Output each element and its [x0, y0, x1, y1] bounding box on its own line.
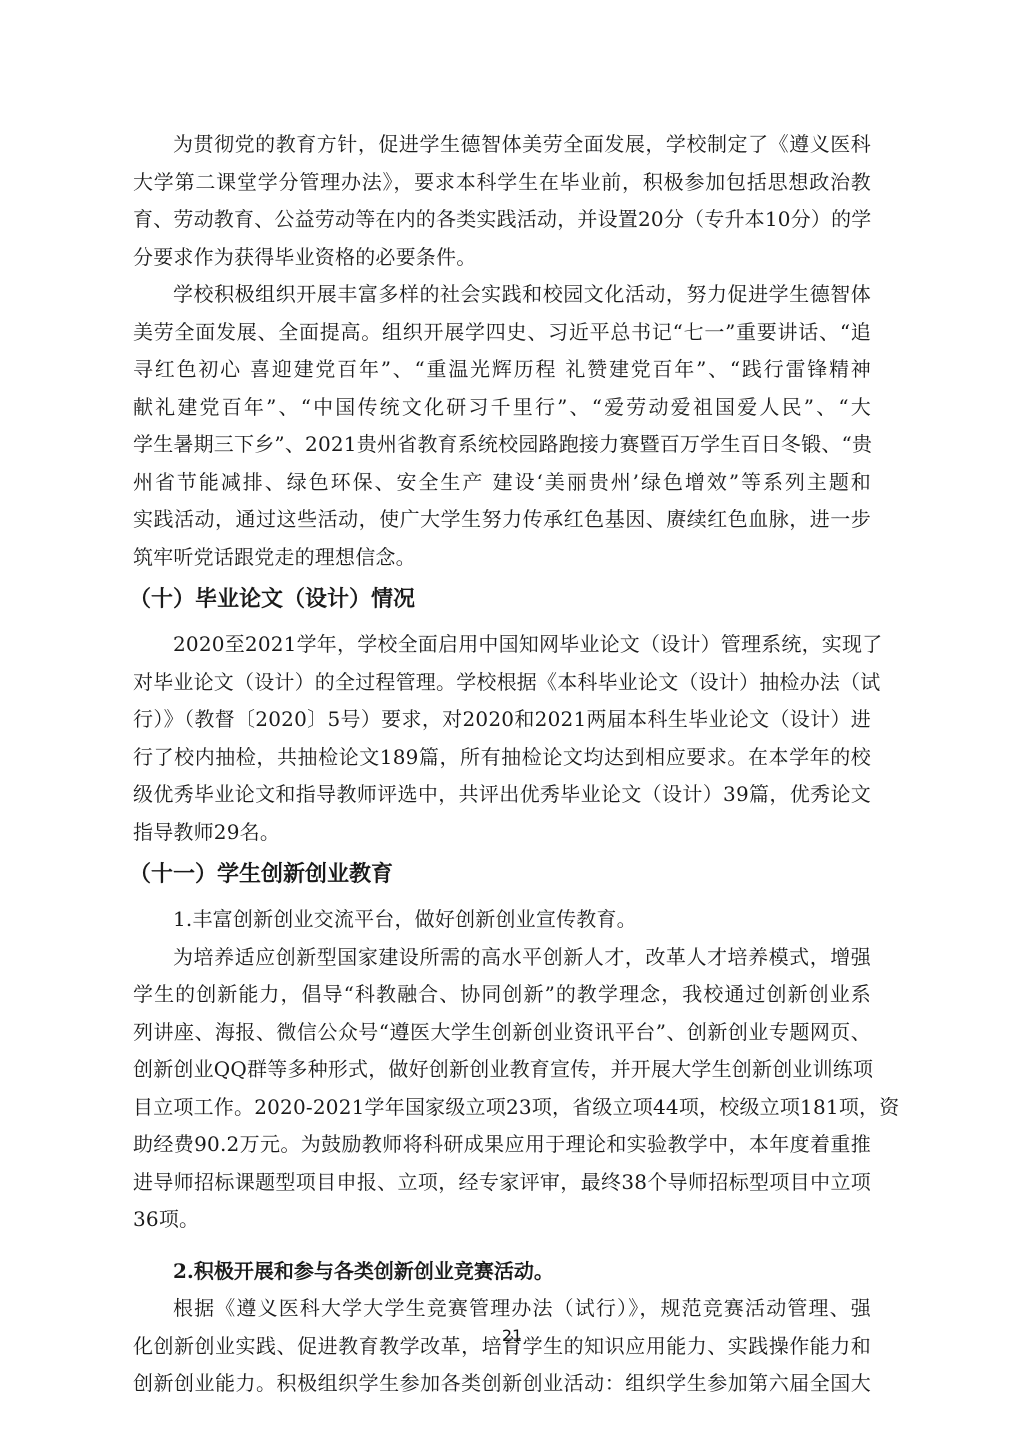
text-line: 级优秀毕业论文和指导教师评选中，共评出优秀毕业论文（设计）39篇，优秀论文	[133, 776, 871, 814]
text-line: 实践活动，通过这些活动，使广大学生努力传承红色基因、赓续红色血脉，进一步	[133, 501, 871, 539]
paragraph-social-practice: 学校积极组织开展丰富多样的社会实践和校园文化活动，努力促进学生德智体 美劳全面发…	[133, 276, 871, 576]
paragraph-innovation-platform: 为培养适应创新型国家建设所需的高水平创新人才，改革人才培养模式，增强 学生的创新…	[133, 939, 871, 1239]
text-line: 美劳全面发展、全面提高。组织开展学四史、习近平总书记“七一”重要讲话、“追	[133, 314, 871, 352]
item-title-competitions: 2.积极开展和参与各类创新创业竞赛活动。	[133, 1253, 871, 1291]
section-heading-thesis: （十）毕业论文（设计）情况	[129, 578, 871, 622]
text-line: 对毕业论文（设计）的全过程管理。学校根据《本科毕业论文（设计）抽检办法（试	[133, 664, 871, 702]
text-line: 为培养适应创新型国家建设所需的高水平创新人才，改革人才培养模式，增强	[133, 939, 871, 977]
text-line: 2020至2021学年，学校全面启用中国知网毕业论文（设计）管理系统，实现了	[133, 626, 871, 664]
text-line: 筑牢听党话跟党走的理想信念。	[133, 539, 871, 577]
section-heading-innovation: （十一）学生创新创业教育	[129, 853, 871, 897]
text-line: 育、劳动教育、公益劳动等在内的各类实践活动，并设置20分（专升本10分）的学	[133, 201, 871, 239]
text-line: 分要求作为获得毕业资格的必要条件。	[133, 239, 871, 277]
paragraph-competitions: 根据《遵义医科大学大学生竞赛管理办法（试行）》，规范竞赛活动管理、强 化创新创业…	[133, 1290, 871, 1403]
text-line: 学校积极组织开展丰富多样的社会实践和校园文化活动，努力促进学生德智体	[133, 276, 871, 314]
page-number: 21	[0, 1326, 1024, 1345]
text-line: 进导师招标课题型项目申报、立项，经专家评审，最终38个导师招标型项目中立项	[133, 1164, 871, 1202]
text-line: 创新创业QQ群等多种形式，做好创新创业教育宣传，并开展大学生创新创业训练项	[133, 1051, 871, 1089]
text-line: 助经费90.2万元。为鼓励教师将科研成果应用于理论和实验教学中，本年度着重推	[133, 1126, 871, 1164]
text-line: 为贯彻党的教育方针，促进学生德智体美劳全面发展，学校制定了《遵义医科	[133, 126, 871, 164]
text-line: 指导教师29名。	[133, 814, 871, 852]
text-line: 目立项工作。2020-2021学年国家级立项23项，省级立项44项，校级立项18…	[133, 1089, 871, 1127]
text-line: 大学第二课堂学分管理办法》，要求本科学生在毕业前，积极参加包括思想政治教	[133, 164, 871, 202]
text-line: 行）》（教督〔2020〕5号）要求，对2020和2021两届本科生毕业论文（设计…	[133, 701, 871, 739]
document-page: 为贯彻党的教育方针，促进学生德智体美劳全面发展，学校制定了《遵义医科 大学第二课…	[133, 126, 871, 1403]
text-line: 根据《遵义医科大学大学生竞赛管理办法（试行）》，规范竞赛活动管理、强	[133, 1290, 871, 1328]
text-line: 献礼建党百年”、“中国传统文化研习千里行”、“爱劳动爱祖国爱人民”、“大	[133, 389, 871, 427]
paragraph-thesis-management: 2020至2021学年，学校全面启用中国知网毕业论文（设计）管理系统，实现了 对…	[133, 626, 871, 851]
text-line: 州省节能减排、绿色环保、安全生产 建设‘美丽贵州’绿色增效”等系列主题和	[133, 464, 871, 502]
text-line: 36项。	[133, 1201, 871, 1239]
text-line: 寻红色初心 喜迎建党百年”、“重温光辉历程 礼赞建党百年”、“践行雷锋精神	[133, 351, 871, 389]
paragraph-second-classroom-credits: 为贯彻党的教育方针，促进学生德智体美劳全面发展，学校制定了《遵义医科 大学第二课…	[133, 126, 871, 276]
item-title-platform: 1.丰富创新创业交流平台，做好创新创业宣传教育。	[133, 901, 871, 939]
text-line: 学生的创新能力，倡导“科教融合、协同创新”的教学理念，我校通过创新创业系	[133, 976, 871, 1014]
text-line: 创新创业能力。积极组织学生参加各类创新创业活动：组织学生参加第六届全国大	[133, 1365, 871, 1403]
text-line: 列讲座、海报、微信公众号“遵医大学生创新创业资讯平台”、创新创业专题网页、	[133, 1014, 871, 1052]
text-line: 学生暑期三下乡”、2021贵州省教育系统校园路跑接力赛暨百万学生百日冬锻、“贵	[133, 426, 871, 464]
text-line: 行了校内抽检，共抽检论文189篇，所有抽检论文均达到相应要求。在本学年的校	[133, 739, 871, 777]
